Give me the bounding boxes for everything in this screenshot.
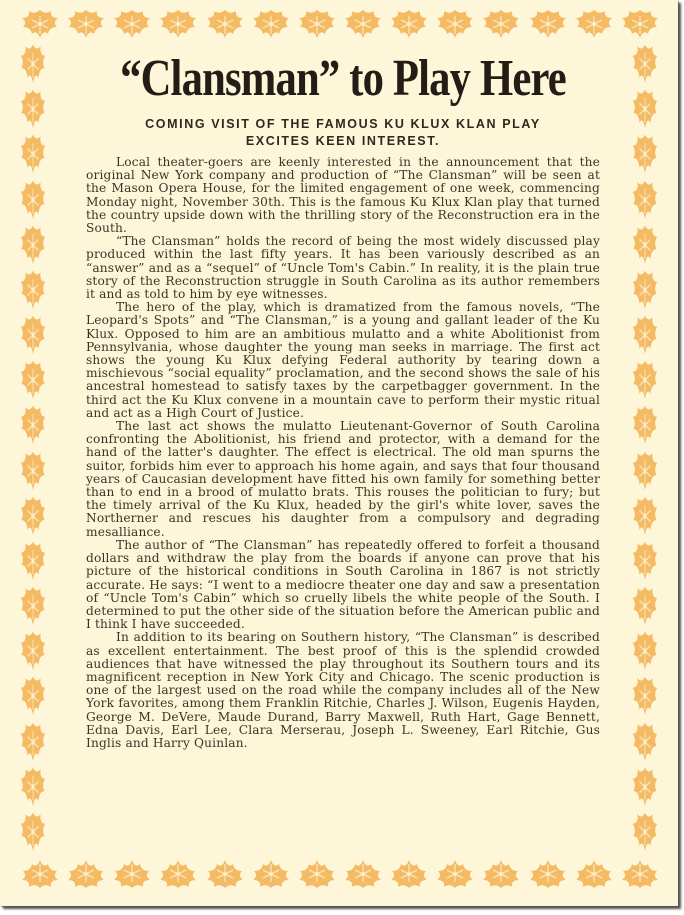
leaf-ornament-icon (630, 810, 660, 854)
border-left (18, 42, 48, 854)
leaf-ornament-icon (630, 494, 660, 538)
leaf-ornament-icon (630, 584, 660, 628)
leaf-ornament-icon (156, 858, 200, 890)
leaf-ornament-icon (156, 8, 200, 40)
leaf-ornament-icon (526, 8, 570, 40)
leaf-ornament-icon (341, 8, 385, 40)
leaf-ornament-icon (18, 449, 48, 493)
leaf-ornament-icon (630, 765, 660, 809)
leaf-ornament-icon (630, 268, 660, 312)
leaf-ornament-icon (18, 87, 48, 131)
leaf-ornament-icon (630, 358, 660, 402)
leaf-ornament-icon (630, 87, 660, 131)
leaf-ornament-icon (630, 403, 660, 447)
leaf-ornament-icon (630, 42, 660, 86)
paragraph: The author of “The Clansman” has repeate… (86, 539, 600, 631)
leaf-ornament-icon (341, 858, 385, 890)
leaf-ornament-icon (64, 8, 108, 40)
leaf-ornament-icon (526, 858, 570, 890)
leaf-ornament-icon (630, 449, 660, 493)
leaf-ornament-icon (630, 132, 660, 176)
paragraph: “The Clansman” holds the record of being… (86, 235, 600, 301)
leaf-ornament-icon (630, 539, 660, 583)
leaf-ornament-icon (249, 858, 293, 890)
subhead-line-2: EXCITES KEEN INTEREST. (86, 133, 600, 150)
border-top (18, 8, 662, 40)
border-bottom (18, 858, 662, 890)
paragraph: The last act shows the mulatto Lieutenan… (86, 420, 600, 539)
leaf-ornament-icon (433, 8, 477, 40)
leaf-ornament-icon (18, 313, 48, 357)
leaf-ornament-icon (630, 313, 660, 357)
leaf-ornament-icon (18, 8, 62, 40)
leaf-ornament-icon (618, 8, 662, 40)
leaf-ornament-icon (387, 8, 431, 40)
page: “Clansman” to Play Here COMING VISIT OF … (0, 0, 678, 906)
leaf-ornament-icon (630, 223, 660, 267)
leaf-ornament-icon (18, 765, 48, 809)
headline: “Clansman” to Play Here (99, 50, 586, 108)
leaf-ornament-icon (618, 858, 662, 890)
leaf-ornament-icon (18, 358, 48, 402)
leaf-ornament-icon (18, 132, 48, 176)
leaf-ornament-icon (64, 858, 108, 890)
leaf-ornament-icon (572, 8, 616, 40)
leaf-ornament-icon (110, 8, 154, 40)
paragraph: The hero of the play, which is dramatize… (86, 301, 600, 420)
article-body: Local theater-goers are keenly intereste… (86, 156, 600, 750)
article: “Clansman” to Play Here COMING VISIT OF … (86, 50, 600, 750)
leaf-ornament-icon (18, 494, 48, 538)
subheadline: COMING VISIT OF THE FAMOUS KU KLUX KLAN … (86, 116, 600, 150)
leaf-ornament-icon (630, 629, 660, 673)
leaf-ornament-icon (295, 858, 339, 890)
leaf-ornament-icon (630, 178, 660, 222)
leaf-ornament-icon (18, 178, 48, 222)
subhead-line-1: COMING VISIT OF THE FAMOUS KU KLUX KLAN … (86, 116, 600, 133)
leaf-ornament-icon (18, 268, 48, 312)
leaf-ornament-icon (18, 720, 48, 764)
leaf-ornament-icon (203, 8, 247, 40)
leaf-ornament-icon (110, 858, 154, 890)
leaf-ornament-icon (18, 674, 48, 718)
leaf-ornament-icon (572, 858, 616, 890)
leaf-ornament-icon (433, 858, 477, 890)
paragraph: Local theater-goers are keenly intereste… (86, 156, 600, 235)
leaf-ornament-icon (249, 8, 293, 40)
paragraph: In addition to its bearing on Southern h… (86, 631, 600, 750)
leaf-ornament-icon (203, 858, 247, 890)
leaf-ornament-icon (630, 674, 660, 718)
leaf-ornament-icon (18, 223, 48, 267)
leaf-ornament-icon (479, 8, 523, 40)
leaf-ornament-icon (18, 629, 48, 673)
border-right (630, 42, 660, 854)
leaf-ornament-icon (295, 8, 339, 40)
leaf-ornament-icon (18, 539, 48, 583)
leaf-ornament-icon (18, 858, 62, 890)
leaf-ornament-icon (387, 858, 431, 890)
leaf-ornament-icon (479, 858, 523, 890)
leaf-ornament-icon (630, 720, 660, 764)
leaf-ornament-icon (18, 403, 48, 447)
leaf-ornament-icon (18, 584, 48, 628)
leaf-ornament-icon (18, 810, 48, 854)
leaf-ornament-icon (18, 42, 48, 86)
